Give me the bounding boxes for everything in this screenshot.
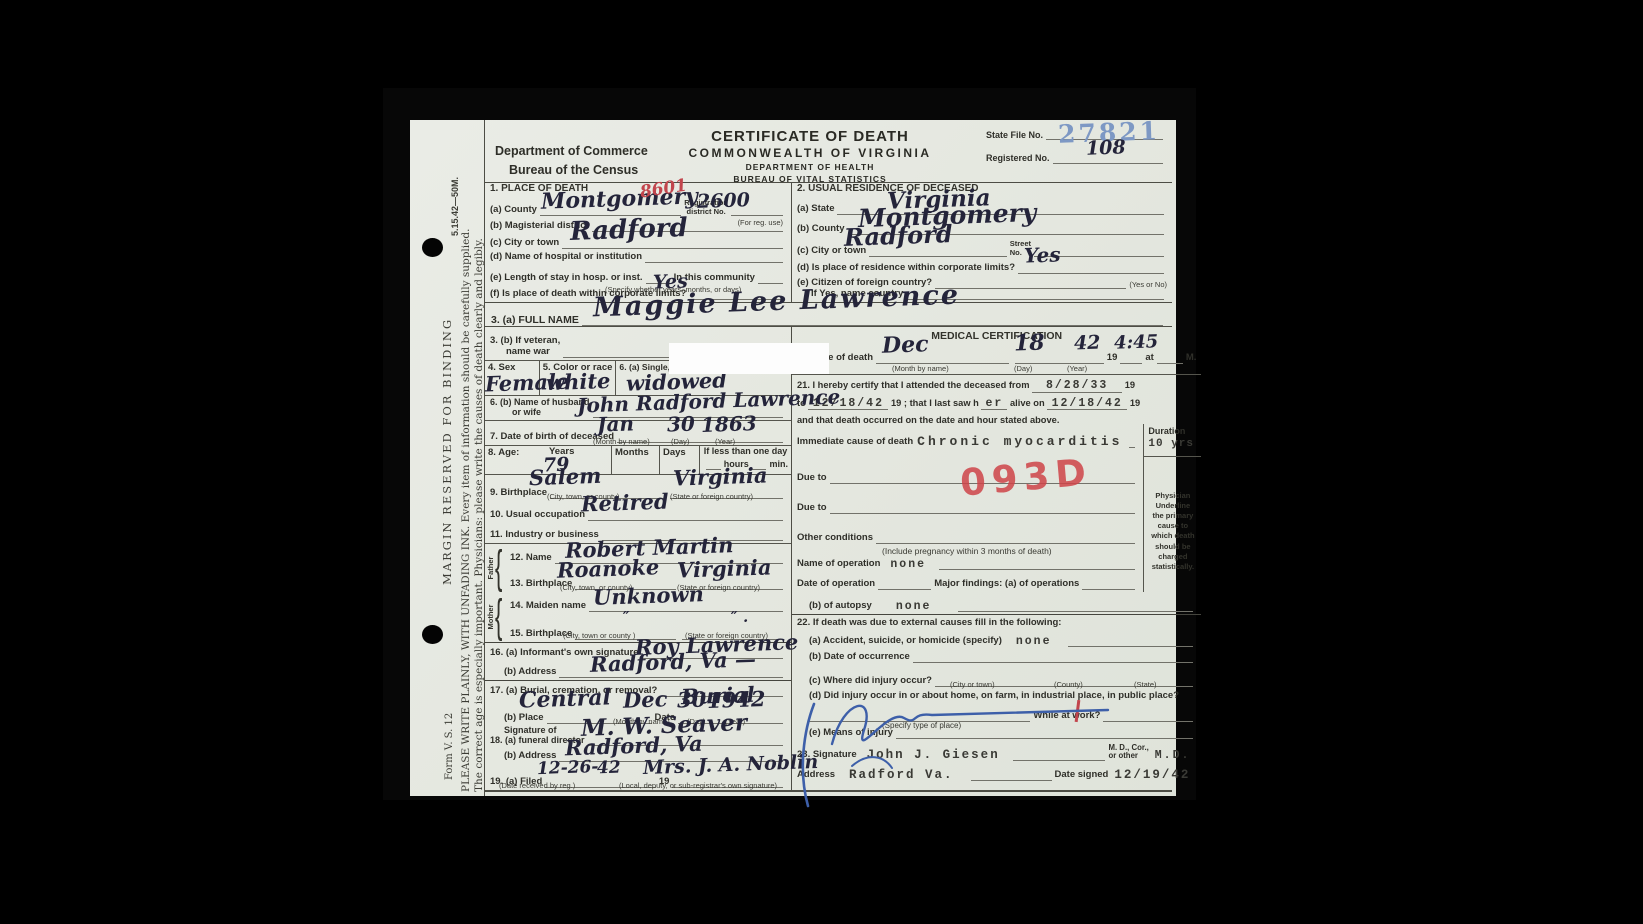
write-in-line xyxy=(1129,445,1135,448)
informant-address-label: (b) Address xyxy=(504,667,556,678)
immediate-cause-value: Chronic myocarditis xyxy=(917,435,1122,448)
mother-name-row: 14. Maiden name Unknown xyxy=(505,592,791,614)
punch-hole-top xyxy=(422,238,443,257)
write-in-line xyxy=(758,281,783,284)
certify-line1: 21. I hereby certify that I attended the… xyxy=(797,377,1196,395)
birthplace-state-value: Virginia xyxy=(673,464,768,488)
death-time-value: 4:45 xyxy=(1114,333,1159,353)
registrar-hint: (Local, deputy, or sub-registrar's own s… xyxy=(619,781,777,790)
physician-ink-signature xyxy=(792,682,1132,812)
accident-value: none xyxy=(1016,636,1052,648)
birth-day-value: 30 xyxy=(667,414,696,435)
age-months-cell: Months xyxy=(611,446,659,474)
birth-date-row: 7. Date of birth of deceased Jan 30 1863… xyxy=(485,420,791,445)
write-in-line xyxy=(589,609,783,612)
less-than-day-label: If less than one day xyxy=(703,447,788,457)
occurrence-date-row: (b) Date of occurrence xyxy=(792,649,1201,665)
funeral-address-value: Radford, Va xyxy=(565,733,703,759)
spouse-label2: or wife xyxy=(490,408,590,418)
other-conditions-label: Other conditions xyxy=(797,533,873,544)
burial-day-value: 30 xyxy=(677,688,707,710)
accident-row: (a) Accident, suicide, or homicide (spec… xyxy=(792,631,1201,649)
mother-city-hint: (City, town or county ) xyxy=(563,631,635,640)
s2a-label: (a) State xyxy=(797,204,834,215)
registered-number: 108 xyxy=(1086,139,1126,159)
veteran-label: 3. (b) If veteran, name war xyxy=(490,336,560,358)
informant-address-row: (b) Address Radford, Va — xyxy=(485,661,791,680)
filed-row: 19. (a) Filed 19 12-26- 42 Mrs. J. A. No… xyxy=(485,764,791,790)
operation-date-row: Date of operation Major findings: (a) of… xyxy=(792,572,1143,592)
city-of-death-value: Radford xyxy=(570,215,688,245)
birth-year-hint: (Year) xyxy=(715,437,735,446)
occurrence-date-label: (b) Date of occurrence xyxy=(809,652,910,663)
write-in-line xyxy=(939,567,1135,570)
registration-district-value: 2600 xyxy=(697,191,751,212)
father-side: Father { xyxy=(485,544,505,592)
last-saw-text: ; that I last saw h xyxy=(904,398,979,408)
occupation-row: 10. Usual occupation Retired xyxy=(485,501,791,523)
color-race-cell: 5. Color or race white xyxy=(539,361,616,395)
write-in-line xyxy=(876,541,1135,544)
operation-name-label: Name of operation xyxy=(797,559,880,570)
min-label: min. xyxy=(769,460,788,470)
cause-main: 093D Immediate cause of death Chronic my… xyxy=(792,424,1143,592)
print-code: 5.15.42—50M. xyxy=(450,126,460,236)
punch-hole-bottom xyxy=(422,625,443,644)
burial-place-label: (b) Place xyxy=(504,713,544,724)
state-file-row: State File No. 27821 xyxy=(986,130,1166,140)
death-month-value: Dec xyxy=(882,333,929,357)
major-findings-label: Major findings: (a) of operations xyxy=(934,579,1079,590)
spouse-label: 6. (b) Name of husband or wife xyxy=(490,398,590,418)
dept-line2: Bureau of the Census xyxy=(495,161,648,180)
duration-value: 10 yrs xyxy=(1148,439,1199,450)
date-of-death-row: 20. Date of death 19 at M. Dec 18 42 4:4… xyxy=(792,344,1201,374)
autopsy-row: (b) of autopsy none xyxy=(792,592,1201,614)
registered-label: Registered No. xyxy=(986,153,1050,163)
death-certificate: 5.15.42—50M. MARGIN RESERVED FOR BINDING… xyxy=(410,120,1176,796)
father-name-label: 12. Name xyxy=(510,553,552,564)
cause-of-death-area: 093D Immediate cause of death Chronic my… xyxy=(792,424,1201,592)
birth-year-value: 1863 xyxy=(701,413,757,435)
write-in-line xyxy=(869,254,1007,257)
immediate-cause-label: Immediate cause of death xyxy=(797,437,913,448)
operation-name-row: Name of operation none xyxy=(792,548,1143,572)
state-file-label: State File No. xyxy=(986,130,1043,140)
mother-name-value: Unknown xyxy=(593,583,704,608)
full-name-row: 3. (a) FULL NAME Maggie Lee Lawrence xyxy=(485,302,1172,326)
death-year-hint: (Year) xyxy=(1067,364,1087,373)
birth-month-value: Jan xyxy=(597,413,635,434)
write-in-line xyxy=(588,518,783,521)
form-header: Department of Commerce Bureau of the Cen… xyxy=(485,120,1172,182)
section-place-of-death: 1. PLACE OF DEATH (a) County Registratio… xyxy=(485,183,791,302)
print-19a: 19 xyxy=(1125,380,1135,390)
filed-hint: (Date received by reg.) xyxy=(499,781,575,790)
birthplace-state-hint: (State or foreign country) xyxy=(670,492,753,501)
father-side-label: Father xyxy=(486,557,495,580)
death-year-print: 19 xyxy=(1107,353,1118,364)
birth-day-hint: (Day) xyxy=(671,437,689,446)
death-year-value: 42 xyxy=(1074,334,1101,354)
burial-month-value: Dec xyxy=(623,688,668,711)
md-value: M.D. xyxy=(1155,750,1191,762)
s1d-hospital-row: (d) Name of hospital or institution xyxy=(485,251,791,265)
mother-name-label: 14. Maiden name xyxy=(510,601,586,612)
accident-label: (a) Accident, suicide, or homicide (spec… xyxy=(809,636,1002,647)
color-race-value: white xyxy=(545,370,610,393)
informant-address-value: Radford, Va — xyxy=(590,648,757,675)
margin-note-outer: PLEASE WRITE PLAINLY, WITH UNFADING INK.… xyxy=(460,124,472,792)
full-name-label: 3. (a) FULL NAME xyxy=(491,314,579,326)
external-causes-title: 22. If death was due to external causes … xyxy=(797,618,1061,629)
s1c-label: (c) City or town xyxy=(490,238,559,249)
form-body: Department of Commerce Bureau of the Cen… xyxy=(484,120,1172,796)
print-19c: 19 xyxy=(1130,398,1140,408)
mother-side-label: Mother xyxy=(486,605,495,630)
duration-label: Duration xyxy=(1148,427,1199,437)
autopsy-label: (b) of autopsy xyxy=(809,601,872,612)
death-day-hint: (Day) xyxy=(1014,364,1032,373)
s2d-limits-row: (d) Is place of residence within corpora… xyxy=(792,259,1172,276)
father-brace: { xyxy=(495,541,502,596)
write-in-line xyxy=(1082,587,1135,590)
dept-of-health: DEPARTMENT OF HEALTH xyxy=(655,162,965,172)
physician-note: Physician Underline the primary cause to… xyxy=(1144,491,1201,572)
issuing-agency: Department of Commerce Bureau of the Cen… xyxy=(495,142,648,180)
occupation-label: 10. Usual occupation xyxy=(490,510,585,521)
write-in-line xyxy=(878,587,931,590)
s2b-label: (b) County xyxy=(797,224,845,235)
dept-line1: Department of Commerce xyxy=(495,142,648,161)
mother-birthplace-city: ″ xyxy=(623,610,630,625)
certify-block: 21. I hereby certify that I attended the… xyxy=(792,374,1201,424)
write-in-line xyxy=(935,286,1126,289)
filed-date-value: 12-26- xyxy=(537,759,599,778)
s2e-hint: (Yes or No) xyxy=(1129,280,1167,289)
commonwealth: COMMONWEALTH OF VIRGINIA xyxy=(655,146,965,160)
due-to-label-2: Due to xyxy=(797,503,827,514)
binding-margin-note: MARGIN RESERVED FOR BINDING xyxy=(440,305,454,585)
autopsy-value: none xyxy=(896,601,932,613)
alive-date-value: 12/18/42 xyxy=(1047,398,1127,411)
residence-city-value: Radford xyxy=(844,222,953,250)
s1d-label: (d) Name of hospital or institution xyxy=(490,252,642,263)
father-birthplace-state: Virginia xyxy=(677,556,772,580)
write-in-line xyxy=(1068,644,1193,647)
mother-birthplace-state: ″ . xyxy=(731,610,749,626)
death-month-hint: (Month by name) xyxy=(892,364,949,373)
s1e-stay-row: (e) Length of stay in hosp. or inst. In … xyxy=(485,265,791,286)
death-day-value: 18 xyxy=(1014,331,1045,354)
write-in-line xyxy=(1053,161,1163,164)
filed-year-value: 42 xyxy=(597,760,621,778)
gender-suffix-value: er xyxy=(981,398,1007,411)
sex-cell: 4. Sex Female xyxy=(485,361,539,395)
s1e-label: (e) Length of stay in hosp. or inst. xyxy=(490,273,643,284)
write-in-line xyxy=(562,246,783,249)
immediate-cause-row: Immediate cause of death Chronic myocard… xyxy=(792,424,1143,450)
write-in-line xyxy=(1157,361,1183,364)
file-numbers: State File No. 27821 Registered No. 108 xyxy=(986,130,1166,177)
age-days-label: Days xyxy=(663,447,686,458)
write-in-line xyxy=(1120,361,1142,364)
certificate-title-block: CERTIFICATE OF DEATH COMMONWEALTH OF VIR… xyxy=(655,128,965,184)
form-number: Form V. S. 12 xyxy=(444,680,455,780)
age-months-label: Months xyxy=(615,447,649,458)
main-sections: 3. (b) If veteran, name war 4. Sex Femal… xyxy=(485,326,1172,792)
certify-line2: to 12/18/42 19 ; that I last saw h er al… xyxy=(797,395,1196,413)
meridiem-label: M. xyxy=(1186,353,1197,364)
at-label: at xyxy=(1145,353,1153,364)
mother-side: Mother { xyxy=(485,592,505,642)
attended-from-value: 8/28/33 xyxy=(1032,380,1122,393)
redaction-box xyxy=(669,343,829,374)
right-column: MEDICAL CERTIFICATION 20. Date of death … xyxy=(791,327,1201,790)
burial-place-value: Central xyxy=(519,686,612,711)
write-in-line xyxy=(731,213,783,216)
physician-sidebar: Duration 10 yrs Physician Underline the … xyxy=(1143,424,1201,592)
mother-brace: { xyxy=(495,590,502,645)
operation-date-label: Date of operation xyxy=(797,579,875,590)
print-19b: 19 xyxy=(891,398,901,408)
residence-limits-value: Yes xyxy=(1024,244,1061,265)
birthplace-city-value: Salem xyxy=(529,465,602,489)
age-label: 8. Age: xyxy=(488,447,519,458)
s1a-label: (a) County xyxy=(490,205,537,216)
other-conditions-row: Other conditions (Include pregnancy with… xyxy=(792,516,1143,546)
s2c-city-row: (c) City or town Street No. Radford xyxy=(792,237,1172,259)
s1c-city-row: (c) City or town Radford xyxy=(485,234,791,251)
write-in-line xyxy=(830,511,1136,514)
operation-name-value: none xyxy=(890,559,926,571)
due-to-label-1: Due to xyxy=(797,473,827,484)
s2d-label: (d) Is place of residence within corpora… xyxy=(797,263,1015,274)
duration-box: Duration 10 yrs xyxy=(1144,424,1201,457)
external-causes-title-row: 22. If death was due to external causes … xyxy=(792,615,1201,631)
write-in-line xyxy=(958,609,1193,612)
burial-year-value: 1942 xyxy=(707,688,766,711)
certificate-title: CERTIFICATE OF DEATH xyxy=(655,128,965,145)
injury-state-hint: (State) xyxy=(1134,680,1157,689)
father-birthplace-city: Roanoke xyxy=(557,556,660,581)
write-in-line xyxy=(645,260,783,263)
left-column: 3. (b) If veteran, name war 4. Sex Femal… xyxy=(485,327,791,790)
veteran-label2: name war xyxy=(490,347,560,358)
occupation-value: Retired xyxy=(581,490,669,514)
write-in-line xyxy=(913,660,1194,663)
write-in-line xyxy=(1018,271,1164,274)
birth-month-hint: (Month by name) xyxy=(593,437,650,446)
registered-no-row: Registered No. 108 xyxy=(986,153,1166,163)
alive-on-label: alive on xyxy=(1010,398,1045,408)
